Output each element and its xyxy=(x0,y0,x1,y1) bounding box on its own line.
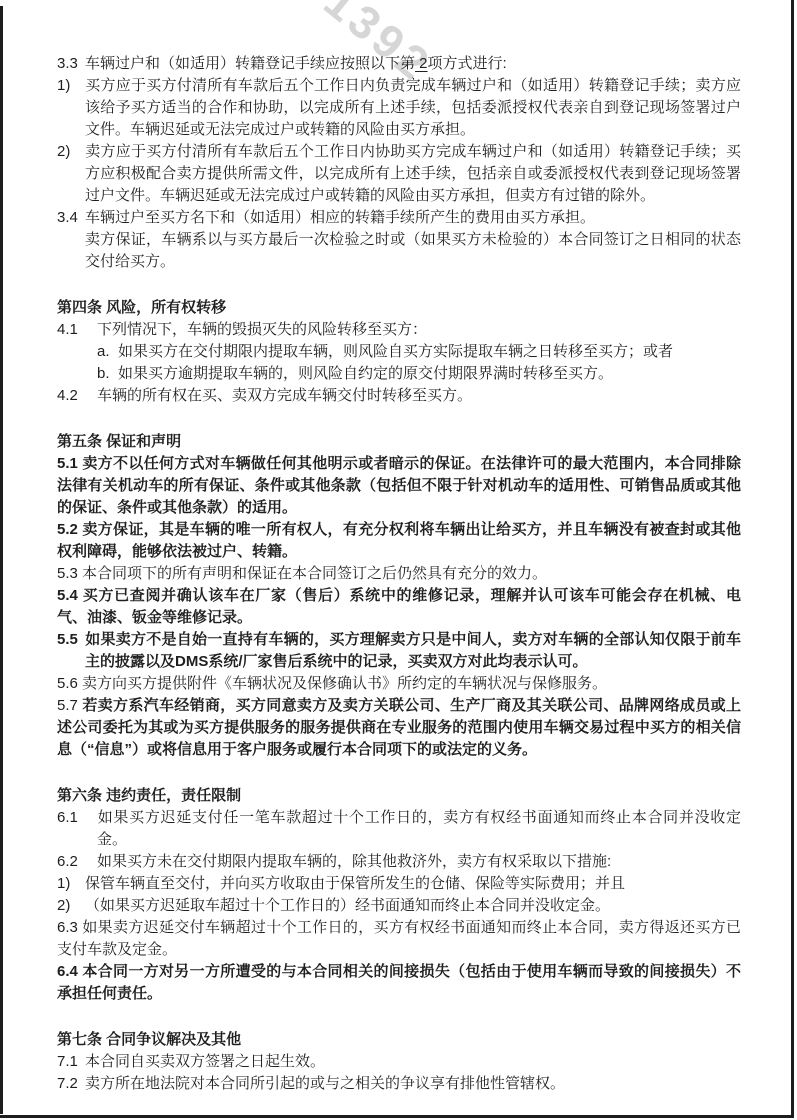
clause-continuation: 卖方保证，车辆系以与买方最后一次检验之时或（如果买方未检验的）本合同签订之日相同… xyxy=(57,229,741,273)
clause-33: 3.3车辆过户和（如适用）转籍登记手续应按照以下第 2项方式进行: xyxy=(57,53,741,75)
section-heading: 第七条 合同争议解决及其他 xyxy=(57,1029,741,1051)
clause-54: 5.4 买方已查阅并确认该车在厂家（售后）系统中的维修记录，理解并认可该车可能会… xyxy=(57,585,741,629)
clause-2: 2)（如果买方迟延取车超过十个工作日的）经书面通知而终止本合同并没收定金。 xyxy=(57,895,741,917)
clause-a: a.如果买方在交付期限内提取车辆，则风险自买方实际提取车辆之日转移至买方；或者 xyxy=(57,341,741,363)
clause-41: 4.1下列情况下，车辆的毁损灭失的风险转移至买方： xyxy=(57,319,741,341)
clause-text: 项方式进行: xyxy=(428,55,507,72)
clause-number: 6.1 xyxy=(57,807,97,829)
clause-number: 1) xyxy=(57,75,85,97)
clause-number: 6.3 xyxy=(57,919,78,936)
page-edge-right xyxy=(791,0,794,1118)
clause-number: 3.4 xyxy=(57,207,85,229)
clause-number: 7.2 xyxy=(57,1073,85,1095)
section-heading: 第五条 保证和声明 xyxy=(57,431,741,453)
section-heading: 第六条 违约责任，责任限制 xyxy=(57,785,741,807)
clause-text: 卖方保证，其是车辆的唯一所有权人，有充分权利将车辆出让给买方，并且车辆没有被查封… xyxy=(57,521,741,560)
clause-number: 6.2 xyxy=(57,851,97,873)
clause-b: b.如果买方逾期提取车辆的，则风险自约定的原交付期限界满时转移至买方。 xyxy=(57,363,741,385)
clause-text: 卖方向买方提供附件《车辆状况及保修确认书》所约定的车辆状况与保修服务。 xyxy=(82,675,607,692)
clause-number: a. xyxy=(97,341,118,363)
clause-number: 5.3 xyxy=(57,565,78,582)
clause-number: 1) xyxy=(57,873,85,895)
page-edge-left xyxy=(0,6,3,1114)
clause-52: 5.2 卖方保证，其是车辆的唯一所有权人，有充分权利将车辆出让给买方，并且车辆没… xyxy=(57,519,741,563)
clause-1: 1)买方应于买方付清所有车款后五个工作日内负责完成车辆过户和（如适用）转籍登记手… xyxy=(57,75,741,141)
clause-text: 卖方所在地法院对本合同所引起的或与之相关的争议享有排他性管辖权。 xyxy=(85,1075,565,1092)
clause-number: 5.7 xyxy=(57,697,78,714)
clause-text: 如果买方迟延支付任一笔车款超过十个工作日的，卖方有权经书面通知而终止本合同并没收… xyxy=(97,809,741,848)
page-edge-bottom xyxy=(0,1115,794,1118)
clause-number: 5.4 xyxy=(57,587,78,604)
clause-text: 本合同一方对另一方所遭受的与本合同相关的间接损失（包括由于使用车辆而导致的间接损… xyxy=(57,963,741,1002)
clause-text: 如果买方逾期提取车辆的，则风险自约定的原交付期限界满时转移至买方。 xyxy=(118,365,613,382)
clause-text: （如果买方迟延取车超过十个工作日的）经书面通知而终止本合同并没收定金。 xyxy=(85,897,610,914)
clause-text: 卖方不以任何方式对车辆做任何其他明示或者暗示的保证。在法律许可的最大范围内，本合… xyxy=(57,455,741,516)
clause-text: 保管车辆直至交付，并向买方收取由于保管所发生的仓储、保险等实际费用；并且 xyxy=(85,875,625,892)
clause-number: b. xyxy=(97,363,118,385)
clause-51: 5.1 卖方不以任何方式对车辆做任何其他明示或者暗示的保证。在法律许可的最大范围… xyxy=(57,453,741,519)
clause-72: 7.2卖方所在地法院对本合同所引起的或与之相关的争议享有排他性管辖权。 xyxy=(57,1073,741,1095)
clause-1: 1)保管车辆直至交付，并向买方收取由于保管所发生的仓储、保险等实际费用；并且 xyxy=(57,873,741,895)
contract-page: { "page": { "watermark_text": "1392", "c… xyxy=(0,0,797,1120)
clause-text: 卖方应于买方付清所有车款后五个工作日内协助买方完成车辆过户和（如适用）转籍登记手… xyxy=(85,143,741,204)
clause-57: 5.7 若卖方系汽车经销商，买方同意卖方及卖方关联公司、生产厂商及其关联公司、品… xyxy=(57,695,741,761)
clause-34: 3.4车辆过户至买方名下和（如适用）相应的转籍手续所产生的费用由买方承担。 xyxy=(57,207,741,229)
clause-text: 如果卖方不是自始一直持有车辆的，买方理解卖方只是中间人，卖方对车辆的全部认知仅限… xyxy=(85,631,741,670)
clause-2: 2)卖方应于买方付清所有车款后五个工作日内协助买方完成车辆过户和（如适用）转籍登… xyxy=(57,141,741,207)
clause-number: 2) xyxy=(57,895,85,917)
clause-text: 车辆的所有权在买、卖双方完成车辆交付时转移至买方。 xyxy=(97,387,472,404)
clause-number: 7.1 xyxy=(57,1051,85,1073)
clause-55: 5.5如果卖方不是自始一直持有车辆的，买方理解卖方只是中间人，卖方对车辆的全部认… xyxy=(57,629,741,673)
clause-number: 6.4 xyxy=(57,963,78,980)
clause-53: 5.3 本合同项下的所有声明和保证在本合同签订之后仍然具有充分的效力。 xyxy=(57,563,741,585)
clause-text: 车辆过户和（如适用）转籍登记手续应按照以下第 xyxy=(85,55,415,72)
clause-text: 买方已查阅并确认该车在厂家（售后）系统中的维修记录，理解并认可该车可能会存在机械… xyxy=(57,587,741,626)
section-heading: 第四条 风险，所有权转移 xyxy=(57,297,741,319)
clause-text: 若卖方系汽车经销商，买方同意卖方及卖方关联公司、生产厂商及其关联公司、品牌网络成… xyxy=(57,697,741,758)
clause-text: 如果买方在交付期限内提取车辆，则风险自买方实际提取车辆之日转移至买方；或者 xyxy=(118,343,673,360)
clause-number: 4.1 xyxy=(57,319,97,341)
clause-61: 6.1如果买方迟延支付任一笔车款超过十个工作日的，卖方有权经书面通知而终止本合同… xyxy=(57,807,741,851)
clause-number: 2) xyxy=(57,141,85,163)
clause-62: 6.2如果买方未在交付期限内提取车辆的，除其他救济外，卖方有权采取以下措施: xyxy=(57,851,741,873)
clause-text: 如果卖方迟延交付车辆超过十个工作日的，买方有权经书面通知而终止本合同，卖方得返还… xyxy=(57,919,741,958)
clause-number: 5.6 xyxy=(57,675,78,692)
clause-number: 3.3 xyxy=(57,53,85,75)
clause-number: 5.2 xyxy=(57,521,78,538)
clause-42: 4.2车辆的所有权在买、卖双方完成车辆交付时转移至买方。 xyxy=(57,385,741,407)
clause-text: 本合同自买卖双方签署之日起生效。 xyxy=(85,1053,325,1070)
clause-text: 卖方保证，车辆系以与买方最后一次检验之时或（如果买方未检验的）本合同签订之日相同… xyxy=(85,231,741,270)
clause-text: 买方应于买方付清所有车款后五个工作日内负责完成车辆过户和（如适用）转籍登记手续；… xyxy=(85,77,741,138)
clause-text: 下列情况下，车辆的毁损灭失的风险转移至买方： xyxy=(97,321,427,338)
clause-number: 5.5 xyxy=(57,629,85,651)
clause-text: 车辆过户至买方名下和（如适用）相应的转籍手续所产生的费用由买方承担。 xyxy=(85,209,595,226)
clause-text: 2 xyxy=(415,55,428,72)
clause-text: 本合同项下的所有声明和保证在本合同签订之后仍然具有充分的效力。 xyxy=(82,565,547,582)
clause-56: 5.6 卖方向买方提供附件《车辆状况及保修确认书》所约定的车辆状况与保修服务。 xyxy=(57,673,741,695)
clause-number: 5.1 xyxy=(57,455,78,472)
clause-number: 4.2 xyxy=(57,385,97,407)
clause-text: 如果买方未在交付期限内提取车辆的，除其他救济外，卖方有权采取以下措施: xyxy=(97,853,611,870)
clause-63: 6.3 如果卖方迟延交付车辆超过十个工作日的，买方有权经书面通知而终止本合同，卖… xyxy=(57,917,741,961)
clause-64: 6.4 本合同一方对另一方所遭受的与本合同相关的间接损失（包括由于使用车辆而导致… xyxy=(57,961,741,1005)
contract-body: 3.3车辆过户和（如适用）转籍登记手续应按照以下第 2项方式进行:1)买方应于买… xyxy=(57,53,741,1095)
clause-71: 7.1本合同自买卖双方签署之日起生效。 xyxy=(57,1051,741,1073)
